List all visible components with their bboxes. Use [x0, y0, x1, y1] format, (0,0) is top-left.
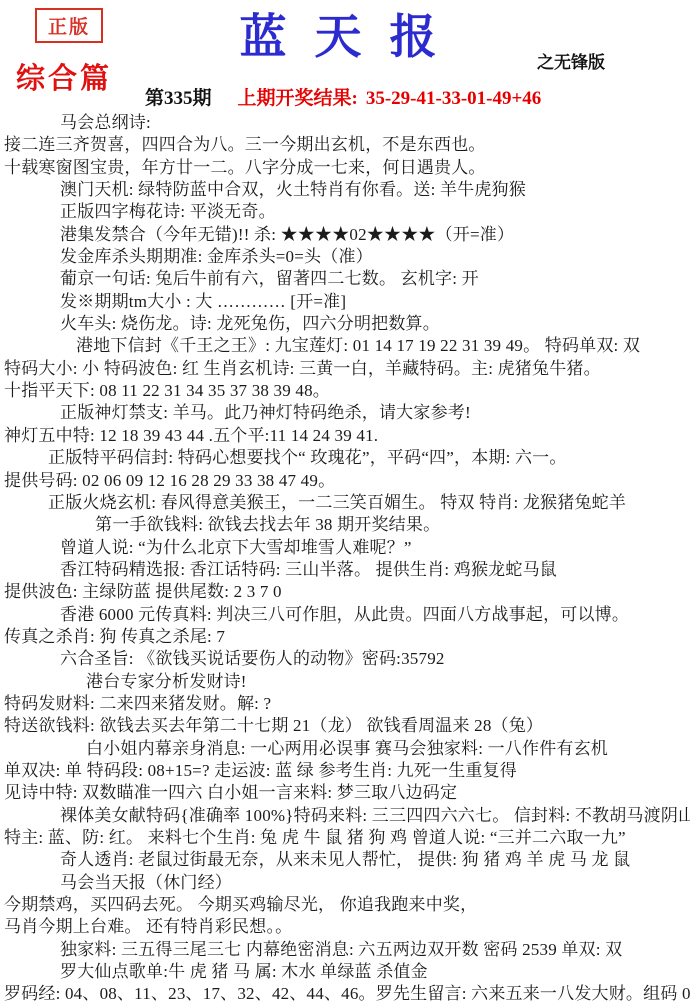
report-line: 提供波色: 主绿防蓝 提供尾数: 2 3 7 0: [0, 581, 690, 603]
report-line: 马会当天报（休门经）: [0, 872, 690, 894]
report-line: 第一手欲钱料: 欲钱去找去年 38 期开奖结果。: [0, 514, 690, 536]
issue-row: 第335期上期开奖结果:35-29-41-33-01-49+46: [145, 83, 541, 110]
report-line: 提供号码: 02 06 09 12 16 28 29 33 38 47 49。: [0, 470, 690, 492]
report-line: 澳门天机: 绿特防蓝中合双，火土特肖有你看。送: 羊牛虎狗猴: [0, 179, 690, 201]
report-line: 十载寒窗图宝贵，年方廿一二。八字分成一七来，何日遇贵人。: [0, 157, 690, 179]
report-body: 马会总纲诗: 接二连三齐贺喜，四四合为八。三一今期出玄机，不是东西也。 十载寒窗…: [0, 112, 690, 1006]
issue-number: 第335期: [145, 88, 212, 109]
report-line: 传真之杀肖: 狗 传真之杀尾: 7: [0, 626, 690, 648]
report-line: 发※期期tm大小 : 大 ………… [开=准]: [0, 291, 690, 313]
report-line: 神灯五中特: 12 18 39 43 44 .五个平:11 14 24 39 4…: [0, 425, 690, 447]
section-label: 综合篇: [16, 56, 112, 97]
report-line: 港集发禁合（今年无错)!! 杀: ★★★★02★★★★（开=准）: [0, 224, 690, 246]
report-line: 香江特码精选报: 香江话特码: 三山半落。 提供生肖: 鸡猴龙蛇马鼠: [0, 559, 690, 581]
last-draw-label: 上期开奖结果:: [238, 88, 358, 109]
report-line: 正版神灯禁支: 羊马。此乃神灯特码绝杀，请大家参考!: [0, 402, 690, 424]
report-line: 特码发财料: 二来四来猪发财。解: ?: [0, 693, 690, 715]
report-line: 特码大小: 小 特码波色: 红 生肖玄机诗: 三黄一白，羊藏特码。主: 虎猪兔牛…: [0, 358, 690, 380]
report-line: 奇人透肖: 老鼠过街最无奈，从来未见人帮忙， 提供: 狗 猪 鸡 羊 虎 马 龙…: [0, 849, 690, 871]
report-line: 香港 6000 元传真料: 判决三八可作胆，从此贵。四面八方战事起，可以博。: [0, 604, 690, 626]
report-line: 港地下信封《千王之王》: 九宝莲灯: 01 14 17 19 22 31 39 …: [0, 335, 690, 357]
last-draw-numbers: 35-29-41-33-01-49+46: [366, 88, 541, 109]
report-line: 罗码经: 04、08、11、23、17、32、42、44、46。罗先生留言: 六…: [0, 983, 690, 1005]
report-line: 葡京一句话: 兔后牛前有六，留著四二七数。 玄机字: 开: [0, 268, 690, 290]
report-line: 特送欲钱料: 欲钱去买去年第二十七期 21（龙） 欲钱看周温来 28（兔）: [0, 715, 690, 737]
report-line: 发金库杀头期期准: 金库杀头=0=头（准）: [0, 246, 690, 268]
report-line: 裸体美女献特码{准确率 100%}特码来料: 三三四四六六七。 信封料: 不教胡…: [0, 805, 690, 827]
report-line: 正版火烧玄机: 春风得意美猴王，一二三笑百媚生。 特双 特肖: 龙猴猪兔蛇羊: [0, 492, 690, 514]
report-line: 接二连三齐贺喜，四四合为八。三一今期出玄机，不是东西也。: [0, 134, 690, 156]
report-line: 六合圣旨: 《欲钱买说话要伤人的动物》密码:35792: [0, 648, 690, 670]
masthead: 正版 蓝天报 之无锋版 综合篇 第335期上期开奖结果:35-29-41-33-…: [0, 0, 690, 110]
edition-label: 之无锋版: [537, 48, 605, 73]
report-line: 白小姐内幕亲身消息: 一心两用必误事 赛马会独家料: 一八作件有玄机: [0, 738, 690, 760]
report-line: 罗大仙点歌单:牛 虎 猪 马 属: 木水 单绿蓝 杀值金: [0, 961, 690, 983]
report-line: 正版四字梅花诗: 平淡无奇。: [0, 201, 690, 223]
report-line: 港台专家分析发财诗!: [0, 671, 690, 693]
report-line: 正版特平码信封: 特码心想要找个“ 玫瑰花”，平码“四”，本期: 六一。: [0, 447, 690, 469]
report-line: 曾道人说: “为什么北京下大雪却堆雪人难呢？”: [0, 537, 690, 559]
report-line: 今期禁鸡，买四码去死。 今期买鸡输尽光， 你追我跑来中奖，: [0, 894, 690, 916]
report-line: 独家料: 三五得三尾三七 内幕绝密消息: 六五两边双开数 密码 2539 单双:…: [0, 939, 690, 961]
report-line: 见诗中特: 双数瞄准一四六 白小姐一言来料: 梦三取八边码定: [0, 782, 690, 804]
report-line: 特主: 蓝、防: 红。 来料七个生肖: 兔 虎 牛 鼠 猪 狗 鸡 曾道人说: …: [0, 827, 690, 849]
report-line: 火车头: 烧伤龙。诗: 龙死兔伤，四六分明把数算。: [0, 313, 690, 335]
report-line: 马会总纲诗:: [0, 112, 690, 134]
report-line: 马肖今期上台难。 还有特肖彩民想。。: [0, 916, 690, 938]
report-line: 单双决: 单 特码段: 08+15=? 走运波: 蓝 绿 参考生肖: 九死一生重…: [0, 760, 690, 782]
report-line: 十指平天下: 08 11 22 31 34 35 37 38 39 48。: [0, 380, 690, 402]
